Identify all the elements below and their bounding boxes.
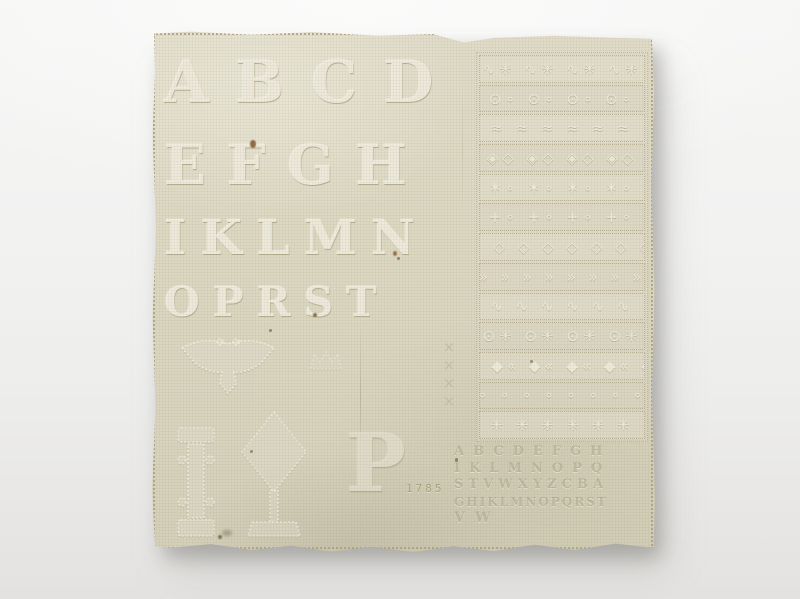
cross-stitch-alphabet-block: ABCDEFGHIKLMNOPQSTVWXYZCBAGHIKLMNOPQRSTV… xyxy=(454,444,650,527)
sampler-fabric: ABCD EFGH IKLMN OPRST ×××× xyxy=(150,30,656,552)
alphabet-row-oprst: OPRST xyxy=(164,278,494,326)
cross-stitch-alphabet-line: IKLMNOPQ xyxy=(454,461,650,478)
letter-p-motif: P xyxy=(346,416,406,510)
band-picot-border: ✳ ✳ ✳ ✳ ✳ ✳ ✳ ✳ ✳ ✳ ✳ ✳ ✳ ✳ xyxy=(479,411,645,439)
cross-stitch-alphabet-line: VW xyxy=(454,510,650,527)
stain-spot xyxy=(218,535,222,539)
stain-spot xyxy=(269,329,272,332)
baluster-letter-motif xyxy=(174,426,218,538)
cross-stitch-alphabet-line: STVWXYZCBA xyxy=(454,477,650,494)
alphabet-row-iklmn: IKLMN xyxy=(164,210,494,266)
band-running-wave: ≈ ≈ ≈ ≈ ≈ ≈ ≈ ≈ ≈ ≈ ≈ ≈ ≈ ≈ xyxy=(479,114,645,142)
stitched-date: 1785 xyxy=(406,482,445,495)
cross-stitch-alphabet-line: GHIKLMNOPQRST xyxy=(454,494,650,511)
band-dense-eyelet-lace: ∘ ∘ ∘ ∘ ∘ ∘ ∘ ∘ ∘ ∘ ∘ ∘ ∘ ∘ xyxy=(479,382,645,410)
alphabet-row-abcd: ABCD xyxy=(164,48,494,116)
small-crown-motif xyxy=(308,348,344,372)
band-paired-eyelets: ⊙✳ ⊙✳ ⊙✳ ⊙✳ ⊙✳ ⊙✳ ⊙✳ ⊙✳ ⊙✳ ⊙✳ ⊙✳ ⊙✳ ⊙✳ ⊙… xyxy=(479,322,645,350)
band-chevron-arrows: » » » » » » » » » » » » » » xyxy=(479,263,645,291)
band-eyelet-rosette: ⊙∘ ⊙∘ ⊙∘ ⊙∘ ⊙∘ ⊙∘ ⊙∘ ⊙∘ ⊙∘ ⊙∘ ⊙∘ ⊙∘ ⊙∘ ⊙… xyxy=(479,85,645,113)
band-serpentine: ∿ ∿ ∿ ∿ ∿ ∿ ∿ ∿ ∿ ∿ ∿ ∿ ∿ ∿ xyxy=(479,293,645,321)
stain-spot xyxy=(222,530,232,536)
double-headed-eagle-motif xyxy=(178,334,278,394)
stain-spot xyxy=(393,251,397,256)
flowering-tree-motif xyxy=(240,410,308,540)
band-diagonal-sprigs: ✶∘ ✶∘ ✶∘ ✶∘ ✶∘ ✶∘ ✶∘ ✶∘ ✶∘ ✶∘ ✶∘ ✶∘ ✶∘ ✶… xyxy=(479,174,645,202)
band-cross-stars: +∘ +∘ +∘ +∘ +∘ +∘ +∘ +∘ +∘ +∘ +∘ +∘ +∘ +… xyxy=(479,203,645,231)
band-diamond-trellis: ◇ ◇ ◇ ◇ ◇ ◇ ◇ ◇ ◇ ◇ ◇ ◇ ◇ ◇ xyxy=(479,233,645,261)
alphabet-row-efgh: EFGH xyxy=(164,132,494,197)
band-vine-scroll: ∿✳ ∿✳ ∿✳ ∿✳ ∿✳ ∿✳ ∿✳ ∿✳ ∿✳ ∿✳ ∿✳ ∿✳ ∿✳ ∿… xyxy=(479,55,645,83)
stain-spot xyxy=(250,450,253,453)
band-medallion-diamond: ◈◇ ◈◇ ◈◇ ◈◇ ◈◇ ◈◇ ◈◇ ◈◇ ◈◇ ◈◇ ◈◇ ◈◇ ◈◇ ◈… xyxy=(479,144,645,172)
stain-spot xyxy=(313,313,317,317)
pattern-band-column: ∿✳ ∿✳ ∿✳ ∿✳ ∿✳ ∿✳ ∿✳ ∿✳ ∿✳ ∿✳ ∿✳ ∿✳ ∿✳ ∿… xyxy=(476,52,648,442)
stain-spot xyxy=(530,360,533,363)
band-zigzag-ribbon: ◆« ◆« ◆« ◆« ◆« ◆« ◆« ◆« ◆« ◆« ◆« ◆« ◆« ◆… xyxy=(479,352,645,380)
lattice-cross-column-motif: ×××× xyxy=(438,338,460,410)
stain-spot xyxy=(455,458,458,462)
photo-background: ABCD EFGH IKLMN OPRST ×××× xyxy=(0,0,800,599)
stain-spot xyxy=(397,257,400,260)
cross-stitch-alphabet-line: ABCDEFGH xyxy=(454,444,650,461)
stain-spot xyxy=(250,140,256,148)
